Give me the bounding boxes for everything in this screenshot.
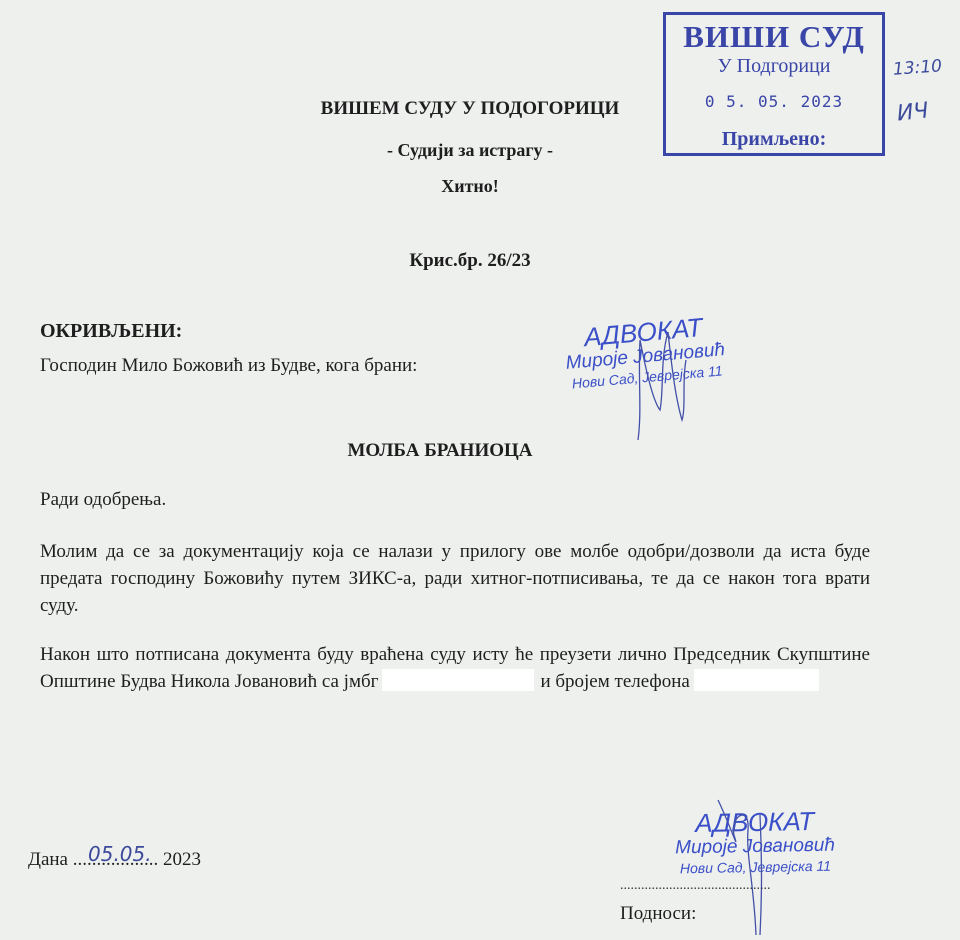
court-receipt-stamp: ВИШИ СУД У Подгорици 0 5. 05. 2023 Примљ… [663, 12, 885, 156]
redacted-phone [694, 669, 819, 691]
signature-line: ........................................… [620, 878, 771, 894]
date-label: Дана [28, 849, 68, 870]
lawyer-stamp-top: АДВОКАТ Мироје Јовановић Нови Сад, Јевре… [527, 308, 762, 396]
lawyer-stamp-bottom: АДВОКАТ Мироје Јовановић Нови Сад, Јевре… [639, 806, 870, 878]
pickup-conjunction: и [540, 671, 550, 692]
date-year: 2023 [163, 849, 201, 870]
urgency-label: Хитно! [0, 176, 940, 197]
request-title: МОЛБА БРАНИОЦА [0, 440, 880, 462]
addressee-heading: ВИШЕМ СУДУ У ПОДОГОРИЦИ [0, 98, 940, 120]
submitter-label: Подноси: [620, 903, 696, 925]
paragraph-approval: Ради одобрења. [40, 486, 870, 513]
handwritten-date: 05.05. [88, 842, 152, 866]
redacted-jmbg [382, 669, 534, 691]
stamp-court-name: ВИШИ СУД [666, 19, 882, 55]
defendant-text: Господин Мило Божовић из Будве, кога бра… [40, 355, 417, 377]
phone-label: бројем телефона [555, 671, 689, 692]
defendant-label: ОКРИВЉЕНИ: [40, 320, 182, 343]
addressee-subtitle: - Судији за истрагу - [0, 140, 940, 161]
lawyer-stamp-title: АДВОКАТ [639, 806, 869, 838]
case-number: Крис.бр. 26/23 [0, 250, 940, 272]
paragraph-pickup: Након што потписана документа буду враће… [40, 641, 870, 695]
paragraph-request: Молим да се за документацију која се нал… [40, 538, 870, 619]
date-line: Дана .................. 2023 05.05. [28, 849, 201, 871]
stamp-court-city: У Подгорици [666, 55, 882, 78]
handwritten-time: 13:10 [892, 56, 942, 79]
